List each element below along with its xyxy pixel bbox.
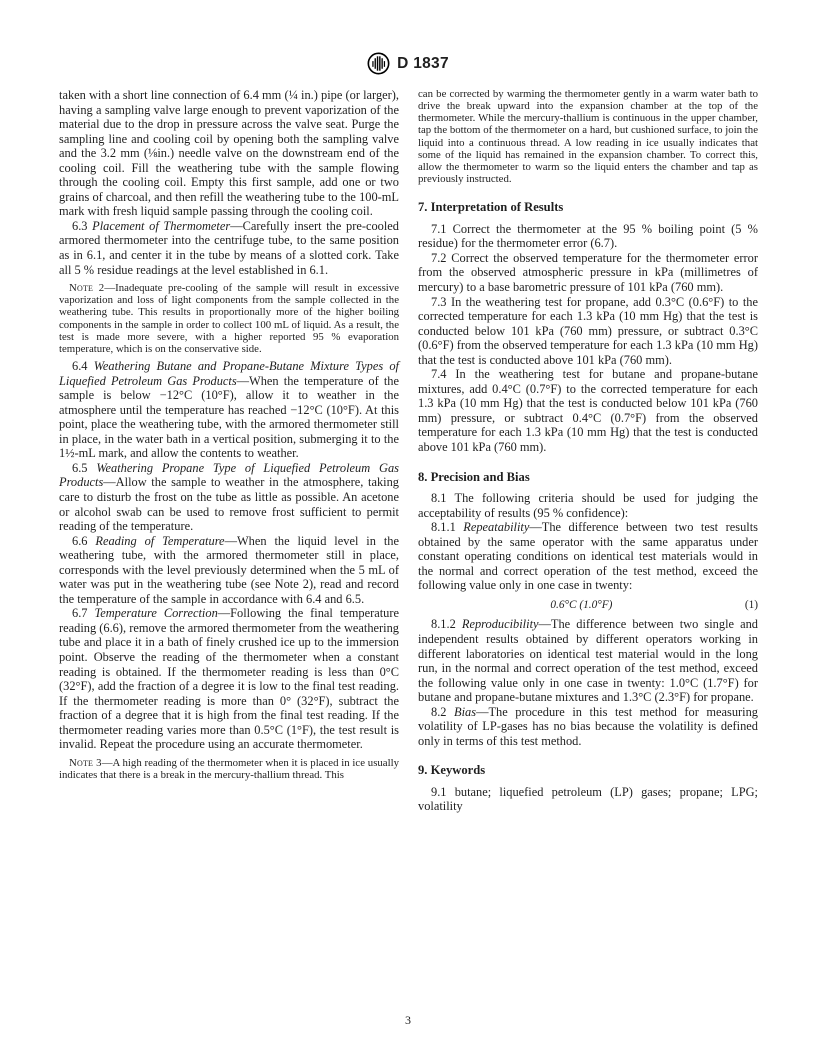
paragraph-7-1: 7.1 Correct the thermometer at the 95 % … — [418, 222, 758, 251]
paragraph-7-4: 7.4 In the weathering test for butane an… — [418, 367, 758, 454]
note-3-continued: can be corrected by warming the thermome… — [418, 88, 758, 185]
section-number: 6.5 — [72, 461, 88, 475]
paragraph-8-1: 8.1 The following criteria should be use… — [418, 491, 758, 520]
section-number: 6.4 — [72, 359, 88, 373]
page-number: 3 — [0, 1013, 816, 1028]
document-header: D 1837 — [0, 52, 816, 75]
astm-logo-icon — [367, 52, 390, 75]
section-8-heading: 8. Precision and Bias — [418, 470, 758, 485]
paragraph-title: Temperature Correction — [94, 606, 217, 620]
note-text: —Inadequate pre-cooling of the sample wi… — [59, 282, 399, 355]
paragraph-8-1-1: 8.1.1 Repeatability—The difference betwe… — [418, 520, 758, 593]
paragraph-title: Reproducibility — [462, 617, 539, 631]
note-text: —A high reading of the thermometer when … — [59, 757, 399, 781]
section-number: 6.6 — [72, 534, 88, 548]
paragraph-6-7: 6.7 Temperature Correction—Following the… — [59, 606, 399, 751]
section-number: 8.1.2 — [431, 617, 456, 631]
paragraph-6-5: 6.5 Weathering Propane Type of Liquefied… — [59, 461, 399, 534]
section-number: 8.1.1 — [431, 520, 456, 534]
document-number: D 1837 — [397, 55, 449, 73]
paragraph-text: —Following the final temperature reading… — [59, 606, 399, 751]
note-3: Note 3—A high reading of the thermometer… — [59, 757, 399, 781]
paragraph-7-3: 7.3 In the weathering test for propane, … — [418, 295, 758, 368]
page-body: taken with a short line connection of 6.… — [59, 88, 758, 814]
note-label: Note 2 — [69, 282, 104, 294]
equation-value: 0.6°C (1.0°F) — [418, 598, 745, 613]
paragraph-7-2: 7.2 Correct the observed temperature for… — [418, 251, 758, 295]
paragraph-continued: taken with a short line connection of 6.… — [59, 88, 399, 219]
paragraph-8-2: 8.2 Bias—The procedure in this test meth… — [418, 705, 758, 749]
paragraph-title: Reading of Temperature — [95, 534, 224, 548]
section-number: 6.3 — [72, 219, 88, 233]
section-9-heading: 9. Keywords — [418, 763, 758, 778]
left-column: taken with a short line connection of 6.… — [59, 88, 399, 814]
paragraph-title: Repeatability — [463, 520, 529, 534]
paragraph-6-6: 6.6 Reading of Temperature—When the liqu… — [59, 534, 399, 607]
paragraph-title: Bias — [454, 705, 476, 719]
equation-1: 0.6°C (1.0°F) (1) — [418, 598, 758, 613]
paragraph-6-4: 6.4 Weathering Butane and Propane-Butane… — [59, 359, 399, 461]
section-number: 6.7 — [72, 606, 88, 620]
paragraph-text: —Allow the sample to weather in the atmo… — [59, 475, 399, 533]
note-label: Note 3 — [69, 757, 102, 769]
paragraph-8-1-2: 8.1.2 Reproducibility—The difference bet… — [418, 617, 758, 704]
paragraph-title: Placement of Thermometer — [92, 219, 230, 233]
equation-number: (1) — [745, 598, 758, 613]
section-number: 8.2 — [431, 705, 447, 719]
right-column: can be corrected by warming the thermome… — [418, 88, 758, 814]
paragraph-6-3: 6.3 Placement of Thermometer—Carefully i… — [59, 219, 399, 277]
section-7-heading: 7. Interpretation of Results — [418, 200, 758, 215]
note-2: Note 2—Inadequate pre-cooling of the sam… — [59, 282, 399, 355]
paragraph-9-1: 9.1 butane; liquefied petroleum (LP) gas… — [418, 785, 758, 814]
